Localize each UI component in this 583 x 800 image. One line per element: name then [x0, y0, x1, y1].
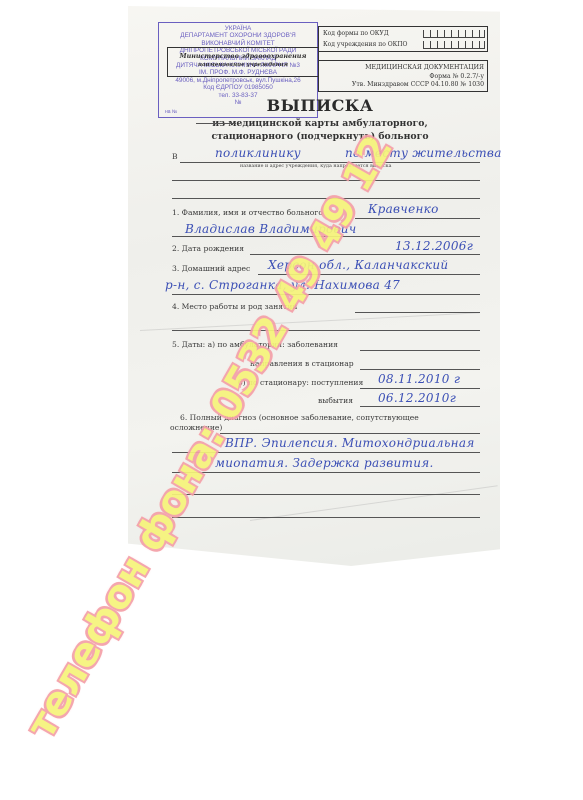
- admission-line: [360, 388, 480, 389]
- medical-doc-box: МЕДИЦИНСКАЯ ДОКУМЕНТАЦИЯ Форма № 0.2.7/-…: [318, 60, 488, 92]
- to-line-2: [172, 180, 480, 181]
- stamp-overprint: Министерство здравоохранения: [168, 53, 318, 60]
- stamp-line: Код ЄДРПОУ 01985050: [159, 84, 317, 91]
- okpo-label: Код учреждения по ОКПО: [323, 40, 407, 49]
- to-line: [180, 162, 480, 163]
- document-subtitle-2: стационарного (подчеркнуть) больного: [170, 131, 470, 142]
- diagnosis-line: [220, 433, 480, 434]
- okpo-cells: [423, 41, 485, 49]
- discharge-label: выбытия: [318, 396, 353, 405]
- diagnosis-line-4: [172, 494, 480, 495]
- diagnosis-value-2: миопатия. Задержка развития.: [215, 456, 434, 470]
- stamp-line: УКРАЇНА: [159, 25, 317, 32]
- ref-no-line: [196, 123, 236, 124]
- stamp-overprint-sub: наименование учреждения: [168, 62, 318, 69]
- name-value-surname: Кравченко: [368, 202, 439, 216]
- codes-box: Код формы по ОКУД Код учреждения по ОКПО: [318, 26, 488, 52]
- admission-value: 08.11.2010 г: [378, 372, 460, 386]
- stamp-inner-box: Министерство здравоохранения наименовани…: [167, 47, 319, 77]
- address-line-2: [172, 294, 480, 295]
- referral-line: [360, 369, 480, 370]
- discharge-value: 06.12.2010г: [378, 391, 456, 405]
- discharge-line: [360, 406, 480, 407]
- dates-outpatient-line: [360, 350, 480, 351]
- stamp-line: 49006, м.Дніпропетровськ, вул.Пушкіна,26: [159, 77, 317, 84]
- approval-note: Утв. Минздравом СССР 04.10.80 № 1030: [319, 81, 484, 90]
- stamp-line: ДЕПАРТАМЕНТ ОХОРОНИ ЗДОРОВ'Я: [159, 32, 317, 39]
- stamp-ref-no: на №: [165, 109, 177, 116]
- address-label: 3. Домашний адрес: [172, 264, 250, 273]
- dob-label: 2. Дата рождения: [172, 244, 244, 253]
- okud-label: Код формы по ОКУД: [323, 29, 389, 38]
- form-number: Форма № 0.2.7/-у: [319, 73, 484, 82]
- diagnosis-line-3: [172, 472, 480, 473]
- to-label: В: [172, 152, 178, 161]
- work-line: [355, 312, 480, 313]
- dob-line: [250, 254, 480, 255]
- name-label: 1. Фамилия, имя и отчество больного: [172, 208, 323, 217]
- document-title: ВЫПИСКА: [200, 96, 440, 115]
- okud-cells: [423, 30, 485, 38]
- diagnosis-line-5: [172, 517, 480, 518]
- dob-value: 13.12.2006г: [395, 239, 473, 253]
- to-value: поликлинику: [215, 146, 301, 160]
- name-line: [355, 218, 480, 219]
- diagnosis-value-1: ВПР. Эпилепсия. Митохондриальная: [225, 436, 475, 450]
- work-line-2: [172, 330, 480, 331]
- doc-type: МЕДИЦИНСКАЯ ДОКУМЕНТАЦИЯ: [319, 64, 484, 73]
